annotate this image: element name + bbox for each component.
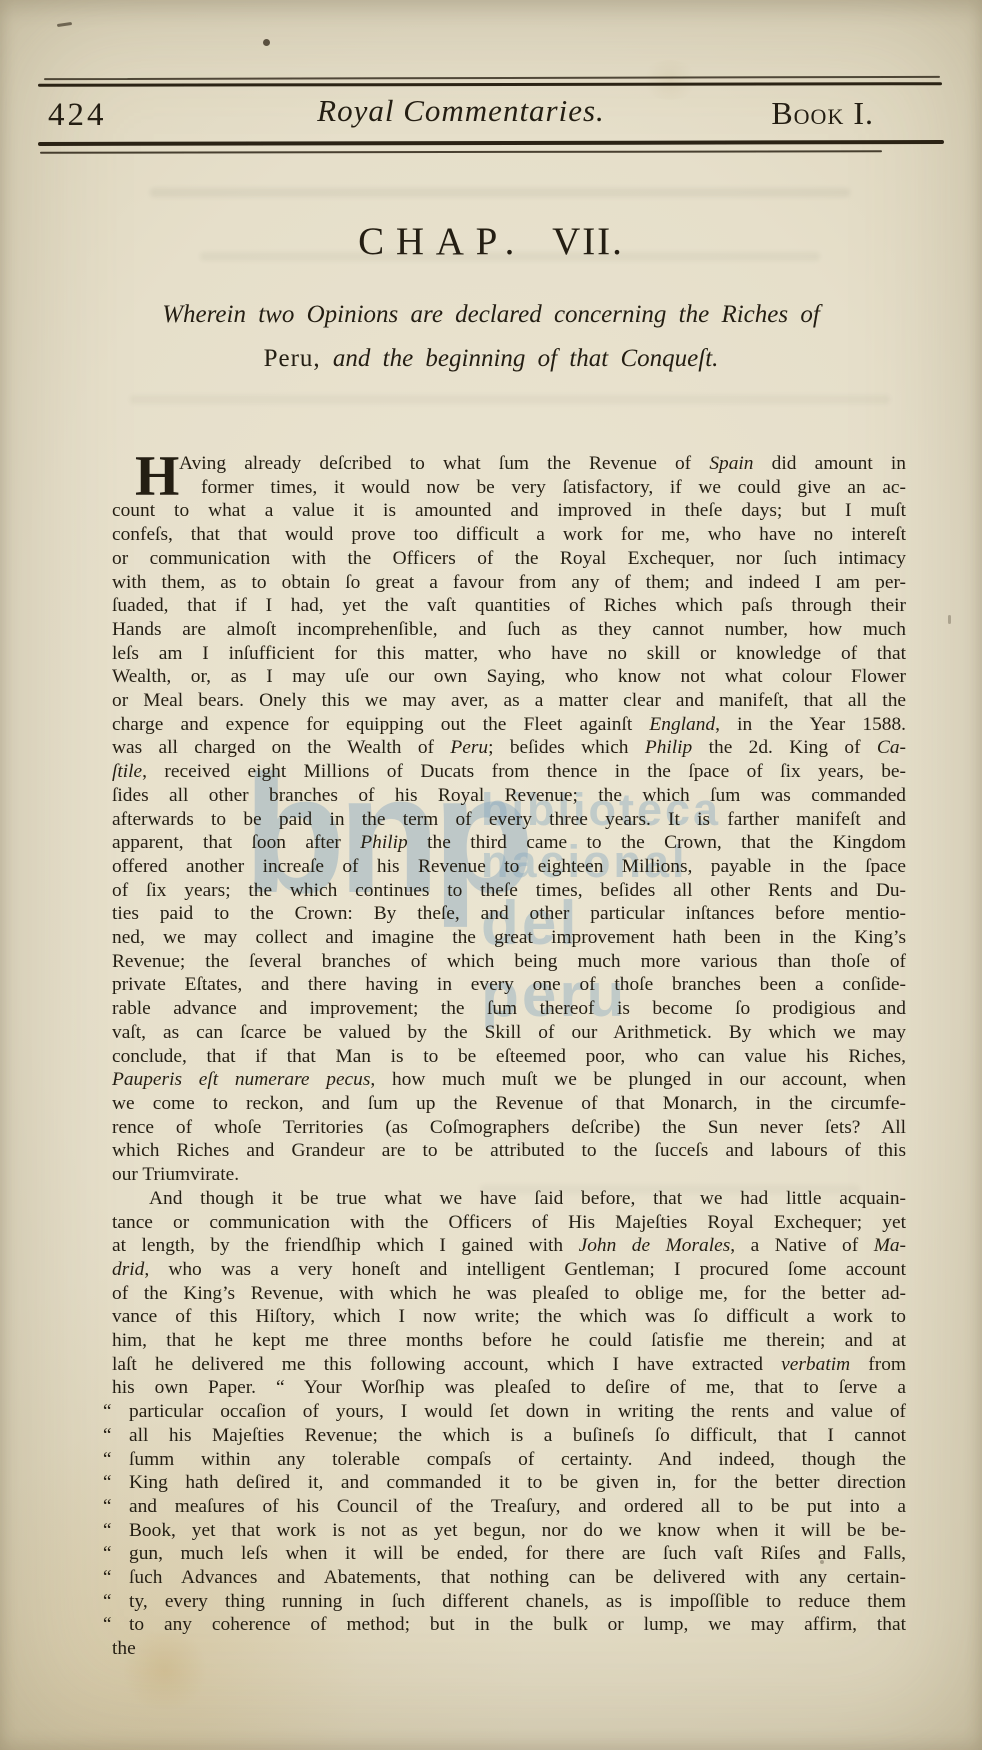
hanging-quote-mark: “ [103,1448,111,1472]
text-line: “and meaſures of his Council of the Trea… [112,1495,906,1519]
text-line: And though it be true what we have ſaid … [112,1187,906,1211]
text-line: Revenue; the ſeveral branches of which b… [112,950,906,974]
text-line: Aving already deſcribed to what ſum the … [112,452,906,476]
text-line: vance of this Hiſtory, which I now write… [112,1305,906,1329]
text-line: rence of whoſe Territories (as Coſmograp… [112,1116,906,1140]
chapter-heading: CHAP.VII. [0,219,982,264]
text-line: “ſumm within any tolerable compaſs of ce… [112,1448,906,1472]
text-line: which Riches and Grandeur are to be attr… [112,1139,906,1163]
place-name: Peru, [264,345,321,372]
text-line: was all charged on the Wealth of Peru; b… [112,736,906,760]
text-line: drid, who was a very honeſt and intellig… [112,1258,906,1282]
text-line: “Book, yet that work is not as yet begun… [112,1519,906,1543]
chapter-subtitle-line: Wherein two Opinions are declared concer… [60,293,922,337]
text-line: leſs am I inſufficient for this matter, … [112,642,906,666]
text-line: confeſs, that that would prove too diffi… [112,523,906,547]
header-rule-bottom-thick [38,140,944,146]
text-line: “ty, every thing running in ſuch differe… [112,1590,906,1614]
text-line: “to any coherence of method; but in the … [112,1613,906,1637]
text-line: his own Paper. “ Your Worſhip was pleaſe… [112,1376,906,1400]
paragraph: And though it be true what we have ſaid … [112,1187,906,1637]
hanging-quote-mark: “ [103,1400,111,1424]
text-line: with them, as to obtain ſo great a favou… [112,571,906,595]
text-line: Pauperis eſt numerare pecus, how much mu… [112,1068,906,1092]
text-line: our Triumvirate. [112,1163,906,1187]
text-line: offered another increaſe of his Revenue … [112,855,906,879]
paragraph: H Aving already deſcribed to what ſum th… [112,452,906,1187]
text-line: ſuaded, that if I had, yet the vaſt quan… [112,594,906,618]
text-line: ties paid to the Crown: By theſe, and ot… [112,902,906,926]
hanging-quote-mark: “ [103,1424,111,1448]
paragraph-lines: And though it be true what we have ſaid … [112,1187,906,1637]
text-line: or communication with the Officers of th… [112,547,906,571]
hanging-quote-mark: “ [103,1613,111,1637]
text-line: private Eſtates, and there having in eve… [112,973,906,997]
header-rule-top-thin [44,76,940,80]
text-line: former times, it would now be very ſatis… [112,476,906,500]
text-line: afterwards to be paid in the term of eve… [112,808,906,832]
text-line: at length, by the friendſhip which I gai… [112,1234,906,1258]
text-line: or Meal bears. Onely this we may aver, a… [112,689,906,713]
text-line: ned, we may collect and imagine the grea… [112,926,906,950]
hanging-quote-mark: “ [103,1495,111,1519]
text-line: rable advance and improvement; the ſum t… [112,997,906,1021]
header-rule-top-thick [38,82,942,87]
header-rule-bottom-thin [40,150,882,153]
chapter-subtitle-line: Peru, and the beginning of that Conqueſt… [60,337,922,381]
chapter-number: VII. [552,220,624,263]
text-line: “gun, much leſs when it will be ended, f… [112,1542,906,1566]
hanging-quote-mark: “ [103,1542,111,1566]
ink-speck [263,39,270,46]
bleed-through-smudge [130,395,890,404]
text-line: laſt he delivered me this following acco… [112,1353,906,1377]
text-line: ſides all other branches of his Royal Re… [112,784,906,808]
hanging-quote-mark: “ [103,1519,111,1543]
text-line: of the King’s Revenue, with which he was… [112,1282,906,1306]
text-line: charge and expence for equipping out the… [112,713,906,737]
chapter-subtitle: Wherein two Opinions are declared concer… [60,293,922,381]
text-line: we come to reckon, and ſum up the Revenu… [112,1092,906,1116]
bleed-through-smudge [150,188,850,197]
text-line: Hands are almoſt incomprehenſible, and ſ… [112,618,906,642]
text-line: vaſt, as can ſcarce be valued by the Ski… [112,1021,906,1045]
text-line: ſtile, received eight Millions of Ducats… [112,760,906,784]
drop-cap: H [135,453,179,500]
text-line: of ſix years; the which continues to the… [112,879,906,903]
text-line: him, that he kept me three months before… [112,1329,906,1353]
text-line: “King hath deſired it, and commanded it … [112,1471,906,1495]
ink-speck [948,615,951,624]
catchword: the [112,1637,906,1661]
chapter-label: CHAP. [358,220,526,263]
text-line: conclude, that if that Man is to be eſte… [112,1045,906,1069]
ink-speck [57,22,72,27]
text-line: Wealth, or, as I may uſe our own Saying,… [112,665,906,689]
text-column: H Aving already deſcribed to what ſum th… [112,452,906,1661]
text-line: “particular occaſion of yours, I would ſ… [112,1400,906,1424]
hanging-quote-mark: “ [103,1471,111,1495]
book-label: Book I. [771,95,874,132]
text-line: count to what a value it is amounted and… [112,499,906,523]
text-line: “ſuch Advances and Abatements, that noth… [112,1566,906,1590]
hanging-quote-mark: “ [103,1566,111,1590]
text-line: “all his Majeſties Revenue; the which is… [112,1424,906,1448]
hanging-quote-mark: “ [103,1590,111,1614]
paragraph-lines: Aving already deſcribed to what ſum the … [112,452,906,1187]
text-line: apparent, that ſoon after Philip the thi… [112,831,906,855]
book-page-scan: bnp biblioteca nacional del peru 424 Roy… [0,0,982,1750]
text-line: tance or communication with the Officers… [112,1211,906,1235]
